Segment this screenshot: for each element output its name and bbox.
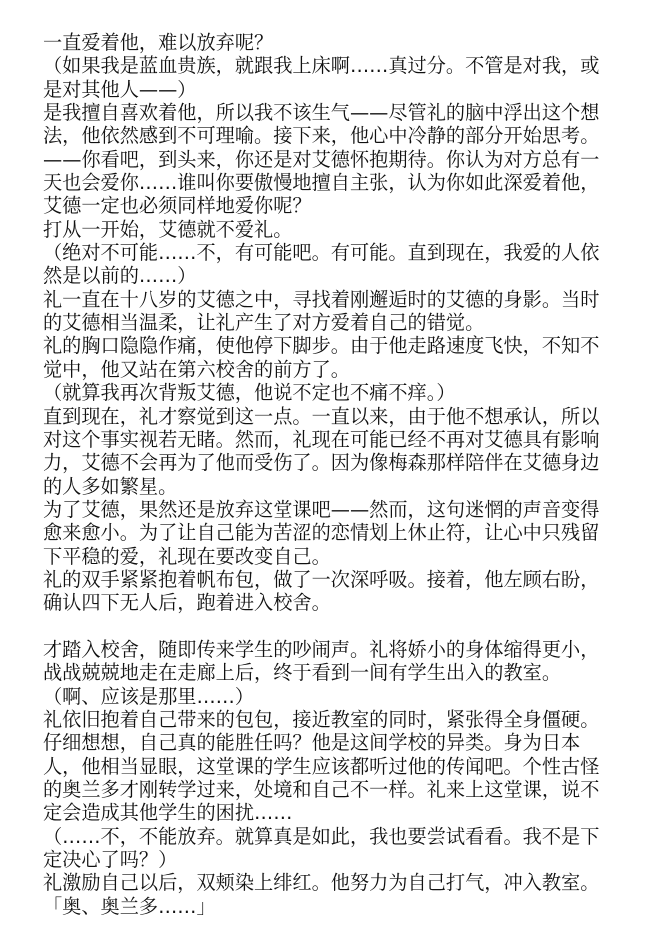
text-line: 确认四下无人后，跑着进入校舍。 bbox=[43, 591, 643, 614]
text-line: ——你看吧，到头来，你还是对艾德怀抱期待。你认为对方总有一 bbox=[43, 148, 643, 171]
text-line: （绝对不可能……不，有可能吧。有可能。直到现在，我爱的人依 bbox=[43, 241, 643, 264]
text-line: 的人多如繁星。 bbox=[43, 475, 643, 498]
text-line: 的奥兰多才刚转学过来，处境和自己不一样。礼来上这堂课，说不 bbox=[43, 778, 643, 801]
text-line: （如果我是蓝血贵族，就跟我上床啊……真过分。不管是对我，或 bbox=[43, 54, 643, 77]
text-line: 下平稳的爱，礼现在要改变自己。 bbox=[43, 545, 643, 568]
text-line: 礼的双手紧紧抱着帆布包，做了一次深呼吸。接着，他左顾右盼， bbox=[43, 568, 643, 591]
text-line: 艾德一定也必须同样地爱你呢？ bbox=[43, 194, 643, 217]
text-line: 对这个事实视若无睹。然而，礼现在可能已经不再对艾德具有影响 bbox=[43, 428, 643, 451]
text-line: 战战兢兢地走在走廊上后，终于看到一间有学生出入的教室。 bbox=[43, 661, 643, 684]
text-line: 礼依旧抱着自己带来的包包，接近教室的同时，紧张得全身僵硬。 bbox=[43, 708, 643, 731]
text-line: 为了艾德，果然还是放弃这堂课吧——然而，这句迷惘的声音变得 bbox=[43, 498, 643, 521]
text-line: 定决心了吗？） bbox=[43, 848, 643, 871]
document-page: 一直爱着他，难以放弃呢？ （如果我是蓝血贵族，就跟我上床啊……真过分。不管是对我… bbox=[43, 31, 643, 918]
text-line: 觉中，他又站在第六校舍的前方了。 bbox=[43, 358, 643, 381]
text-line: 打从一开始，艾德就不爱礼。 bbox=[43, 218, 643, 241]
text-line: 天也会爱你……谁叫你要傲慢地擅自主张，认为你如此深爱着他， bbox=[43, 171, 643, 194]
text-line: 礼一直在十八岁的艾德之中，寻找着刚邂逅时的艾德的身影。当时 bbox=[43, 288, 643, 311]
text-line: 法，他依然感到不可理喻。接下来，他心中冷静的部分开始思考。 bbox=[43, 124, 643, 147]
text-line: 的艾德相当温柔，让礼产生了对方爱着自己的错觉。 bbox=[43, 311, 643, 334]
text-line: （啊、应该是那里……） bbox=[43, 685, 643, 708]
text-line: （……不，不能放弃。就算真是如此，我也要尝试看看。我不是下 bbox=[43, 825, 643, 848]
text-line: 礼激励自己以后，双颊染上绯红。他努力为自己打气，冲入教室。 bbox=[43, 871, 643, 894]
text-line: 力，艾德不会再为了他而受伤了。因为像梅森那样陪伴在艾德身边 bbox=[43, 451, 643, 474]
section-break bbox=[43, 615, 643, 638]
text-line: 愈来愈小。为了让自己能为苦涩的恋情划上休止符，让心中只残留 bbox=[43, 521, 643, 544]
text-line: 然是以前的……） bbox=[43, 264, 643, 287]
text-line: 定会造成其他学生的困扰…… bbox=[43, 801, 643, 824]
text-line: 直到现在，礼才察觉到这一点。一直以来，由于他不想承认，所以 bbox=[43, 405, 643, 428]
text-line: 「奥、奥兰多……」 bbox=[43, 895, 643, 918]
text-line: 才踏入校舍，随即传来学生的吵闹声。礼将娇小的身体缩得更小， bbox=[43, 638, 643, 661]
text-line: 是对其他人——） bbox=[43, 78, 643, 101]
text-line: 是我擅自喜欢着他，所以我不该生气——尽管礼的脑中浮出这个想 bbox=[43, 101, 643, 124]
text-line: 一直爱着他，难以放弃呢？ bbox=[43, 31, 643, 54]
text-line: （就算我再次背叛艾德，他说不定也不痛不痒。） bbox=[43, 381, 643, 404]
text-line: 仔细想想，自己真的能胜任吗？他是这间学校的异类。身为日本 bbox=[43, 731, 643, 754]
text-line: 人，他相当显眼，这堂课的学生应该都听过他的传闻吧。个性古怪 bbox=[43, 755, 643, 778]
text-line: 礼的胸口隐隐作痛，使他停下脚步。由于他走路速度飞快，不知不 bbox=[43, 334, 643, 357]
